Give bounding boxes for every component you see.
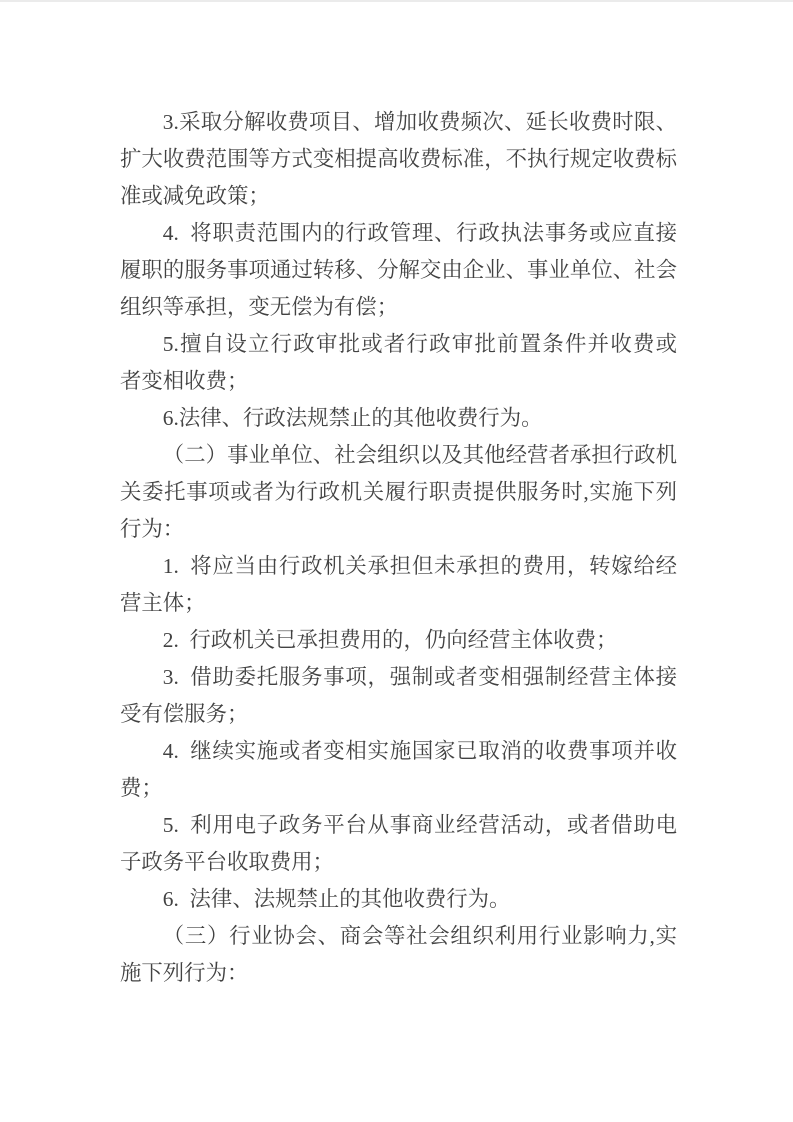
text-line: 受有偿服务； — [120, 696, 677, 733]
text-line: 关委托事项或者为行政机关履行职责提供服务时,实施下列 — [120, 474, 677, 511]
text-line: 者变相收费； — [120, 363, 677, 400]
text-line: 子政务平台收取费用； — [120, 844, 677, 881]
text-line: 扩大收费范围等方式变相提高收费标准，不执行规定收费标 — [120, 141, 677, 178]
paragraph: 3. 借助委托服务事项，强制或者变相强制经营主体接受有偿服务； — [120, 659, 677, 733]
text-line: 6. 法律、法规禁止的其他收费行为。 — [120, 881, 677, 918]
text-line: 施下列行为： — [120, 955, 677, 992]
text-line: （二）事业单位、社会组织以及其他经营者承担行政机 — [120, 437, 677, 474]
document-body: 3.采取分解收费项目、增加收费频次、延长收费时限、扩大收费范围等方式变相提高收费… — [120, 104, 677, 992]
text-line: 3.采取分解收费项目、增加收费频次、延长收费时限、 — [120, 104, 677, 141]
text-line: 准或减免政策； — [120, 178, 677, 215]
text-line: 2. 行政机关已承担费用的，仍向经营主体收费； — [120, 622, 677, 659]
text-line: 营主体； — [120, 585, 677, 622]
paragraph: 5.擅自设立行政审批或者行政审批前置条件并收费或者变相收费； — [120, 326, 677, 400]
paragraph: （二）事业单位、社会组织以及其他经营者承担行政机关委托事项或者为行政机关履行职责… — [120, 437, 677, 548]
text-line: 费； — [120, 770, 677, 807]
text-line: 行为： — [120, 511, 677, 548]
text-line: 4. 继续实施或者变相实施国家已取消的收费事项并收 — [120, 733, 677, 770]
paragraph: 2. 行政机关已承担费用的，仍向经营主体收费； — [120, 622, 677, 659]
paragraph: 6.法律、行政法规禁止的其他收费行为。 — [120, 400, 677, 437]
text-line: 1. 将应当由行政机关承担但未承担的费用，转嫁给经 — [120, 548, 677, 585]
text-line: 组织等承担，变无偿为有偿； — [120, 289, 677, 326]
document-page: 3.采取分解收费项目、增加收费频次、延长收费时限、扩大收费范围等方式变相提高收费… — [0, 0, 793, 1122]
text-line: 6.法律、行政法规禁止的其他收费行为。 — [120, 400, 677, 437]
paragraph: 1. 将应当由行政机关承担但未承担的费用，转嫁给经营主体； — [120, 548, 677, 622]
paragraph: 5. 利用电子政务平台从事商业经营活动，或者借助电子政务平台收取费用； — [120, 807, 677, 881]
paragraph: 4. 将职责范围内的行政管理、行政执法事务或应直接履职的服务事项通过转移、分解交… — [120, 215, 677, 326]
text-line: 4. 将职责范围内的行政管理、行政执法事务或应直接 — [120, 215, 677, 252]
paragraph: 3.采取分解收费项目、增加收费频次、延长收费时限、扩大收费范围等方式变相提高收费… — [120, 104, 677, 215]
paragraph: 6. 法律、法规禁止的其他收费行为。 — [120, 881, 677, 918]
text-line: 3. 借助委托服务事项，强制或者变相强制经营主体接 — [120, 659, 677, 696]
text-line: 5.擅自设立行政审批或者行政审批前置条件并收费或 — [120, 326, 677, 363]
text-line: （三）行业协会、商会等社会组织利用行业影响力,实 — [120, 918, 677, 955]
paragraph: （三）行业协会、商会等社会组织利用行业影响力,实施下列行为： — [120, 918, 677, 992]
text-line: 5. 利用电子政务平台从事商业经营活动，或者借助电 — [120, 807, 677, 844]
text-line: 履职的服务事项通过转移、分解交由企业、事业单位、社会 — [120, 252, 677, 289]
page-top-edge — [0, 0, 793, 2]
paragraph: 4. 继续实施或者变相实施国家已取消的收费事项并收费； — [120, 733, 677, 807]
